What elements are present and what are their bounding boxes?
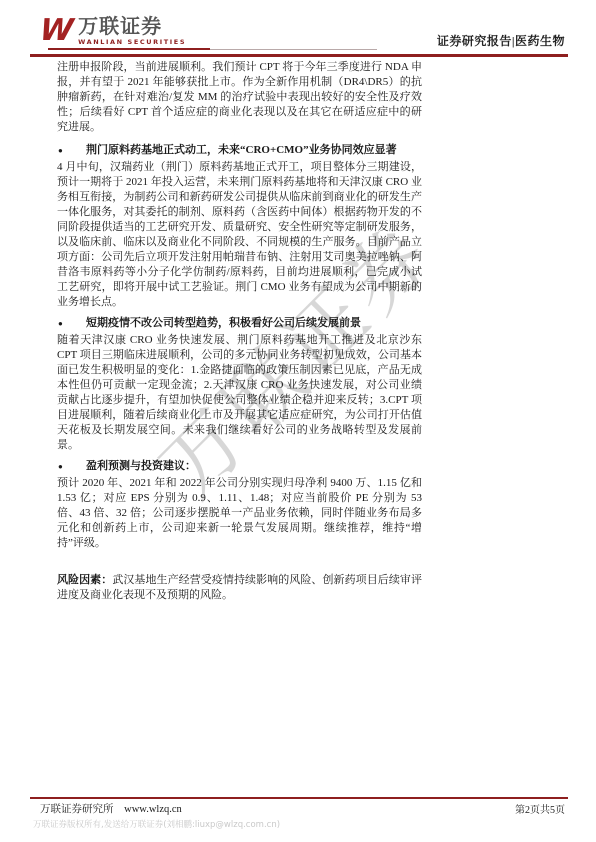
institute-name: 万联证券研究所 [40,804,114,815]
section-heading-row: ● 短期疫情不改公司转型趋势，积极看好公司后续发展前景 [57,316,422,331]
industry-label: 医药生物 [515,34,565,48]
logo-name-cn: 万联证券 [78,16,186,37]
risk-paragraph: 风险因素：武汉基地生产经营受疫情持续影响的风险、创新药项目后续审评进度及商业化表… [57,573,422,603]
section-heading: 盈利预测与投资建议： [86,459,422,474]
copyright-watermark: 万联证券版权所有,发送给万联证券(刘相鹏:liuxp@wlzq.com.cn) [33,818,280,830]
section-heading: 荆门原料药基地正式动工，未来“CRO+CMO”业务协同效应显著 [86,143,422,158]
section-heading-row: ● 荆门原料药基地正式动工，未来“CRO+CMO”业务协同效应显著 [57,143,422,158]
section-paragraph: 预计 2020 年、2021 年和 2022 年公司分别实现归母净利 9400 … [57,476,422,551]
logo-underline-extension [210,49,377,50]
logo-underline [48,48,210,50]
risk-label: 风险因素： [57,574,112,586]
bullet-icon: ● [57,143,86,158]
intro-paragraph: 注册申报阶段，当前进展顺利。我们预计 CPT 将于今年三季度进行 NDA 申报，… [57,60,422,135]
footer-page-number: 第2页共5页 [515,801,565,816]
wanlian-logo: W 万联证券 WANLIAN SECURITIES [40,16,186,46]
footer-rule [30,797,568,799]
risk-text: 武汉基地生产经营受疫情持续影响的风险、创新药项目后续审评进度及商业化表现不及预期… [57,574,422,601]
bullet-icon: ● [57,459,86,474]
logo-text-block: 万联证券 WANLIAN SECURITIES [78,16,186,46]
report-body: 注册申报阶段，当前进展顺利。我们预计 CPT 将于今年三季度进行 NDA 申报，… [57,60,422,614]
section-paragraph: 随着天津汉康 CRO 业务快速发展、荆门原料药基地开工推进及北京沙东 CPT 项… [57,333,422,453]
section-heading: 短期疫情不改公司转型趋势，积极看好公司后续发展前景 [86,316,422,331]
report-type-label: 证券研究报告 [437,34,512,48]
footer-url: www.wlzq.cn [124,804,182,815]
section-heading-row: ● 盈利预测与投资建议： [57,459,422,474]
report-page: W 万联证券 WANLIAN SECURITIES 证券研究报告|医药生物 万联… [0,0,596,842]
header-category: 证券研究报告|医药生物 [437,32,565,49]
logo-w-icon: W [38,16,74,46]
bullet-icon: ● [57,316,86,331]
footer-left: 万联证券研究所 www.wlzq.cn [40,801,182,816]
header-rule [30,54,568,57]
logo-name-en: WANLIAN SECURITIES [78,38,186,46]
section-paragraph: 4 月中旬，汉瑞药业（荆门）原料药基地正式开工，项目整体分三期建设，预计一期将于… [57,160,422,310]
